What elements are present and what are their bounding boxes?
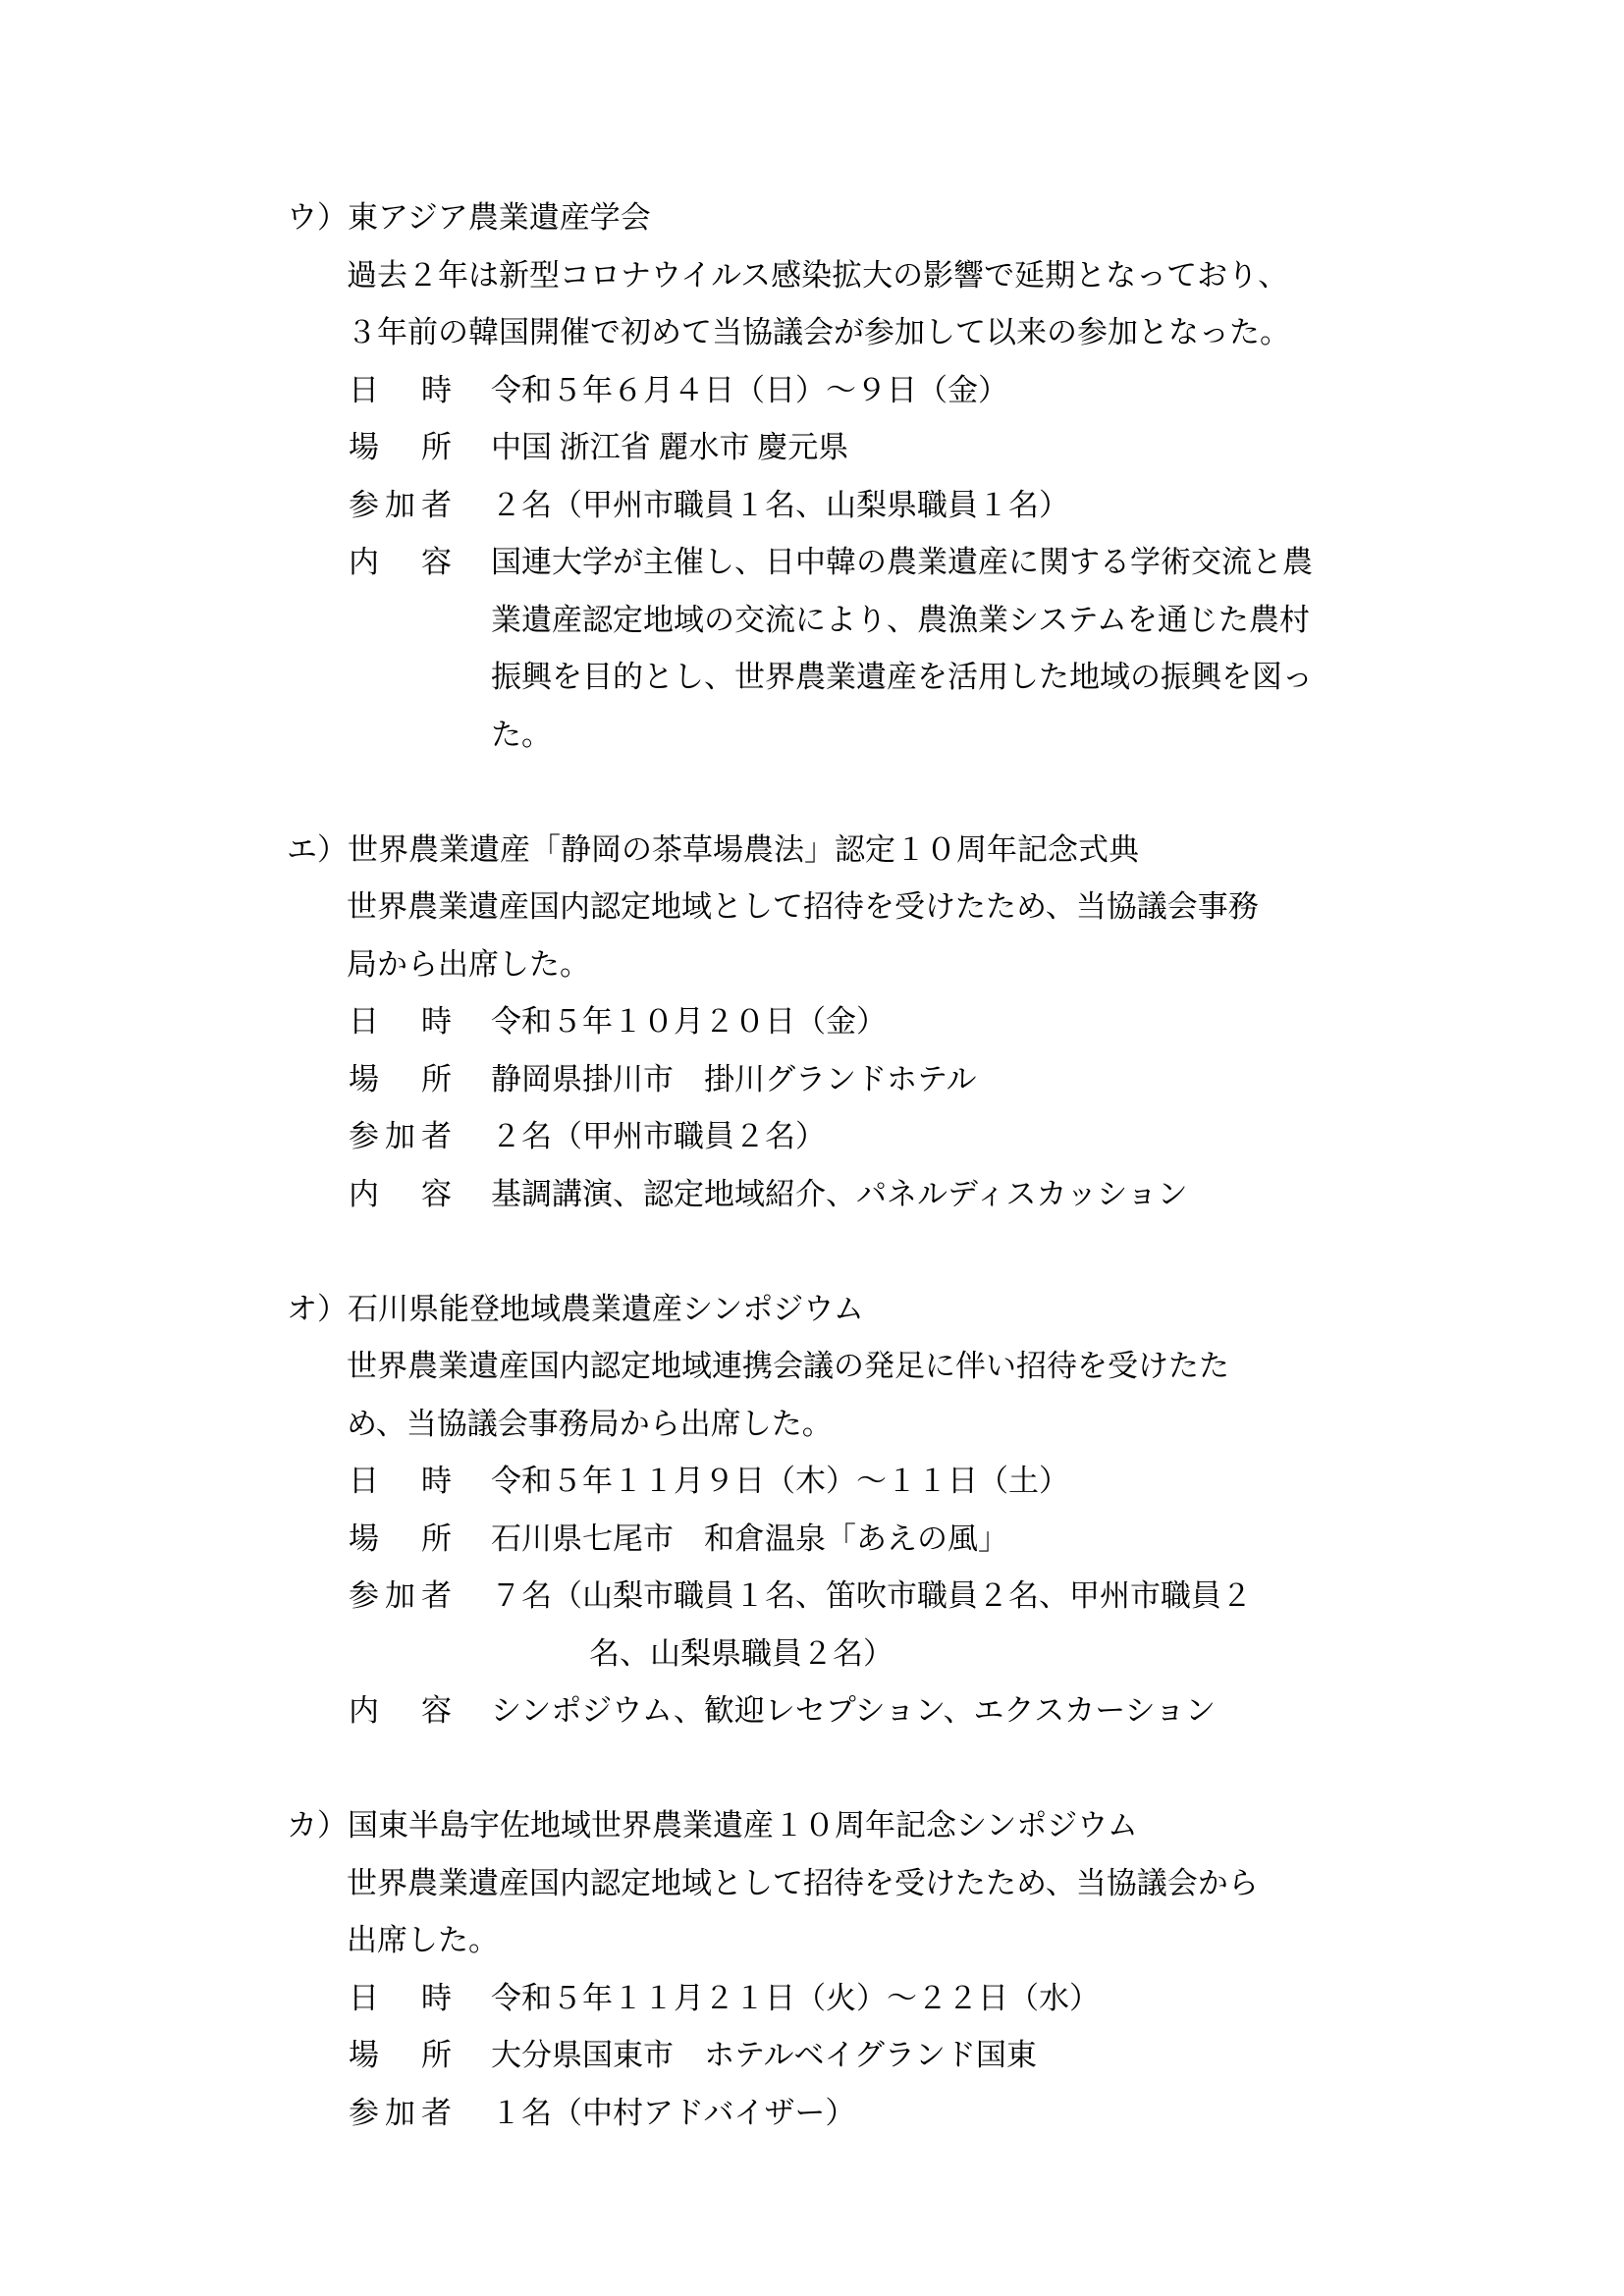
field-label: 内 容 xyxy=(349,1682,452,1740)
field-value-continuation: 名、山梨県職員２名） xyxy=(589,1626,1624,1683)
document-page: ウ）東アジア農業遺産学会 過去２年は新型コロナウイルス感染拡大の影響で延期となっ… xyxy=(0,0,1624,2296)
field-row-participants: 参加者７名（山梨市職員１名、笛吹市職員２名、甲州市職員２ xyxy=(349,1568,1624,1626)
field-value: １名（中村アドバイザー） xyxy=(491,2085,855,2143)
field-value: 大分県国東市 ホテルベイグランド国東 xyxy=(491,2027,1037,2085)
item-label: ウ） xyxy=(287,200,348,235)
field-label: 日 時 xyxy=(349,362,452,420)
intro-line: 世界農業遺産国内認定地域として招待を受けたため、当協議会から xyxy=(347,1855,1624,1913)
field-value: 令和５年１１月２１日（火）～２２日（水） xyxy=(491,1970,1100,2028)
field-row-participants: 参加者１名（中村アドバイザー） xyxy=(349,2085,1624,2143)
section-item-ka: カ）国東半島宇佐地域世界農業遺産１０周年記念シンポジウム 世界農業遺産国内認定地… xyxy=(0,1797,1624,2142)
item-title: 東アジア農業遺産学会 xyxy=(348,200,651,235)
field-row-place: 場 所大分県国東市 ホテルベイグランド国東 xyxy=(349,2027,1624,2085)
field-row-participants: 参加者２名（甲州市職員１名、山梨県職員１名） xyxy=(349,477,1624,535)
field-row-content: 内 容シンポジウム、歓迎レセプション、エクスカーション xyxy=(349,1682,1624,1740)
item-title: 世界農業遺産「静岡の茶草場農法」認定１０周年記念式典 xyxy=(348,832,1139,867)
field-row-datetime: 日 時令和５年１０月２０日（金） xyxy=(349,993,1624,1051)
field-row-place: 場 所石川県七尾市 和倉温泉「あえの風」 xyxy=(349,1511,1624,1569)
field-label: 参加者 xyxy=(349,2085,452,2143)
section-heading: ウ）東アジア農業遺産学会 xyxy=(287,189,1624,247)
field-value-continuation: 振興を目的とし、世界農業遺産を活用した地域の振興を図っ xyxy=(491,649,1624,707)
item-label: オ） xyxy=(287,1292,348,1326)
field-value: 基調講演、認定地域紹介、パネルディスカッション xyxy=(491,1166,1188,1224)
field-value: ２名（甲州市職員２名） xyxy=(491,1108,826,1166)
intro-line: め、当協議会事務局から出席した。 xyxy=(347,1396,1624,1454)
field-value: ７名（山梨市職員１名、笛吹市職員２名、甲州市職員２ xyxy=(491,1568,1252,1626)
field-label: 内 容 xyxy=(349,1166,452,1224)
field-row-content: 内 容基調講演、認定地域紹介、パネルディスカッション xyxy=(349,1166,1624,1224)
field-label: 場 所 xyxy=(349,1051,452,1109)
field-row-datetime: 日 時令和５年１１月２１日（火）～２２日（水） xyxy=(349,1970,1624,2028)
blank-line xyxy=(0,1740,1624,1798)
section-heading: エ）世界農業遺産「静岡の茶草場農法」認定１０周年記念式典 xyxy=(287,822,1624,880)
field-value: 令和５年６月４日（日）～９日（金） xyxy=(491,362,1008,420)
section-item-o: オ）石川県能登地域農業遺産シンポジウム 世界農業遺産国内認定地域連携会議の発足に… xyxy=(0,1281,1624,1740)
field-label: 参加者 xyxy=(349,1568,452,1626)
field-row-content: 内 容国連大学が主催し、日中韓の農業遺産に関する学術交流と農 xyxy=(349,534,1624,592)
field-value-continuation: た。 xyxy=(491,707,1624,765)
intro-line: 世界農業遺産国内認定地域として招待を受けたため、当協議会事務 xyxy=(347,879,1624,936)
item-title: 石川県能登地域農業遺産シンポジウム xyxy=(348,1292,864,1326)
field-value: 中国 浙江省 麗水市 慶元県 xyxy=(491,419,848,477)
section-heading: カ）国東半島宇佐地域世界農業遺産１０周年記念シンポジウム xyxy=(287,1797,1624,1855)
field-label: 場 所 xyxy=(349,1511,452,1569)
field-value: ２名（甲州市職員１名、山梨県職員１名） xyxy=(491,477,1069,535)
field-label: 参加者 xyxy=(349,477,452,535)
field-value: シンポジウム、歓迎レセプション、エクスカーション xyxy=(491,1682,1216,1740)
section-heading: オ）石川県能登地域農業遺産シンポジウム xyxy=(287,1281,1624,1339)
field-value: 国連大学が主催し、日中韓の農業遺産に関する学術交流と農 xyxy=(491,534,1313,592)
field-value-continuation: 業遺産認定地域の交流により、農漁業システムを通じた農村 xyxy=(491,592,1624,650)
field-label: 場 所 xyxy=(349,2027,452,2085)
item-title: 国東半島宇佐地域世界農業遺産１０周年記念シンポジウム xyxy=(348,1808,1138,1842)
field-label: 日 時 xyxy=(349,1970,452,2028)
section-item-e: エ）世界農業遺産「静岡の茶草場農法」認定１０周年記念式典 世界農業遺産国内認定地… xyxy=(0,822,1624,1224)
item-label: カ） xyxy=(287,1808,348,1842)
intro-line: ３年前の韓国開催で初めて当協議会が参加して以来の参加となった。 xyxy=(347,304,1624,362)
field-row-place: 場 所静岡県掛川市 掛川グランドホテル xyxy=(349,1051,1624,1109)
field-row-datetime: 日 時令和５年６月４日（日）～９日（金） xyxy=(349,362,1624,420)
field-value: 石川県七尾市 和倉温泉「あえの風」 xyxy=(491,1511,1008,1569)
field-value: 静岡県掛川市 掛川グランドホテル xyxy=(491,1051,976,1109)
intro-line: 過去２年は新型コロナウイルス感染拡大の影響で延期となっており、 xyxy=(347,247,1624,305)
field-row-datetime: 日 時令和５年１１月９日（木）～１１日（土） xyxy=(349,1453,1624,1511)
field-label: 場 所 xyxy=(349,419,452,477)
intro-line: 世界農業遺産国内認定地域連携会議の発足に伴い招待を受けたた xyxy=(347,1338,1624,1396)
item-label: エ） xyxy=(287,832,348,867)
field-row-participants: 参加者２名（甲州市職員２名） xyxy=(349,1108,1624,1166)
blank-line xyxy=(0,1223,1624,1281)
field-label: 内 容 xyxy=(349,534,452,592)
field-row-place: 場 所中国 浙江省 麗水市 慶元県 xyxy=(349,419,1624,477)
field-label: 日 時 xyxy=(349,1453,452,1511)
field-label: 日 時 xyxy=(349,993,452,1051)
field-label: 参加者 xyxy=(349,1108,452,1166)
blank-line xyxy=(0,764,1624,822)
section-item-u: ウ）東アジア農業遺産学会 過去２年は新型コロナウイルス感染拡大の影響で延期となっ… xyxy=(0,189,1624,764)
intro-line: 局から出席した。 xyxy=(347,936,1624,994)
field-value: 令和５年１０月２０日（金） xyxy=(491,993,887,1051)
intro-line: 出席した。 xyxy=(347,1912,1624,1970)
field-value: 令和５年１１月９日（木）～１１日（土） xyxy=(491,1453,1069,1511)
